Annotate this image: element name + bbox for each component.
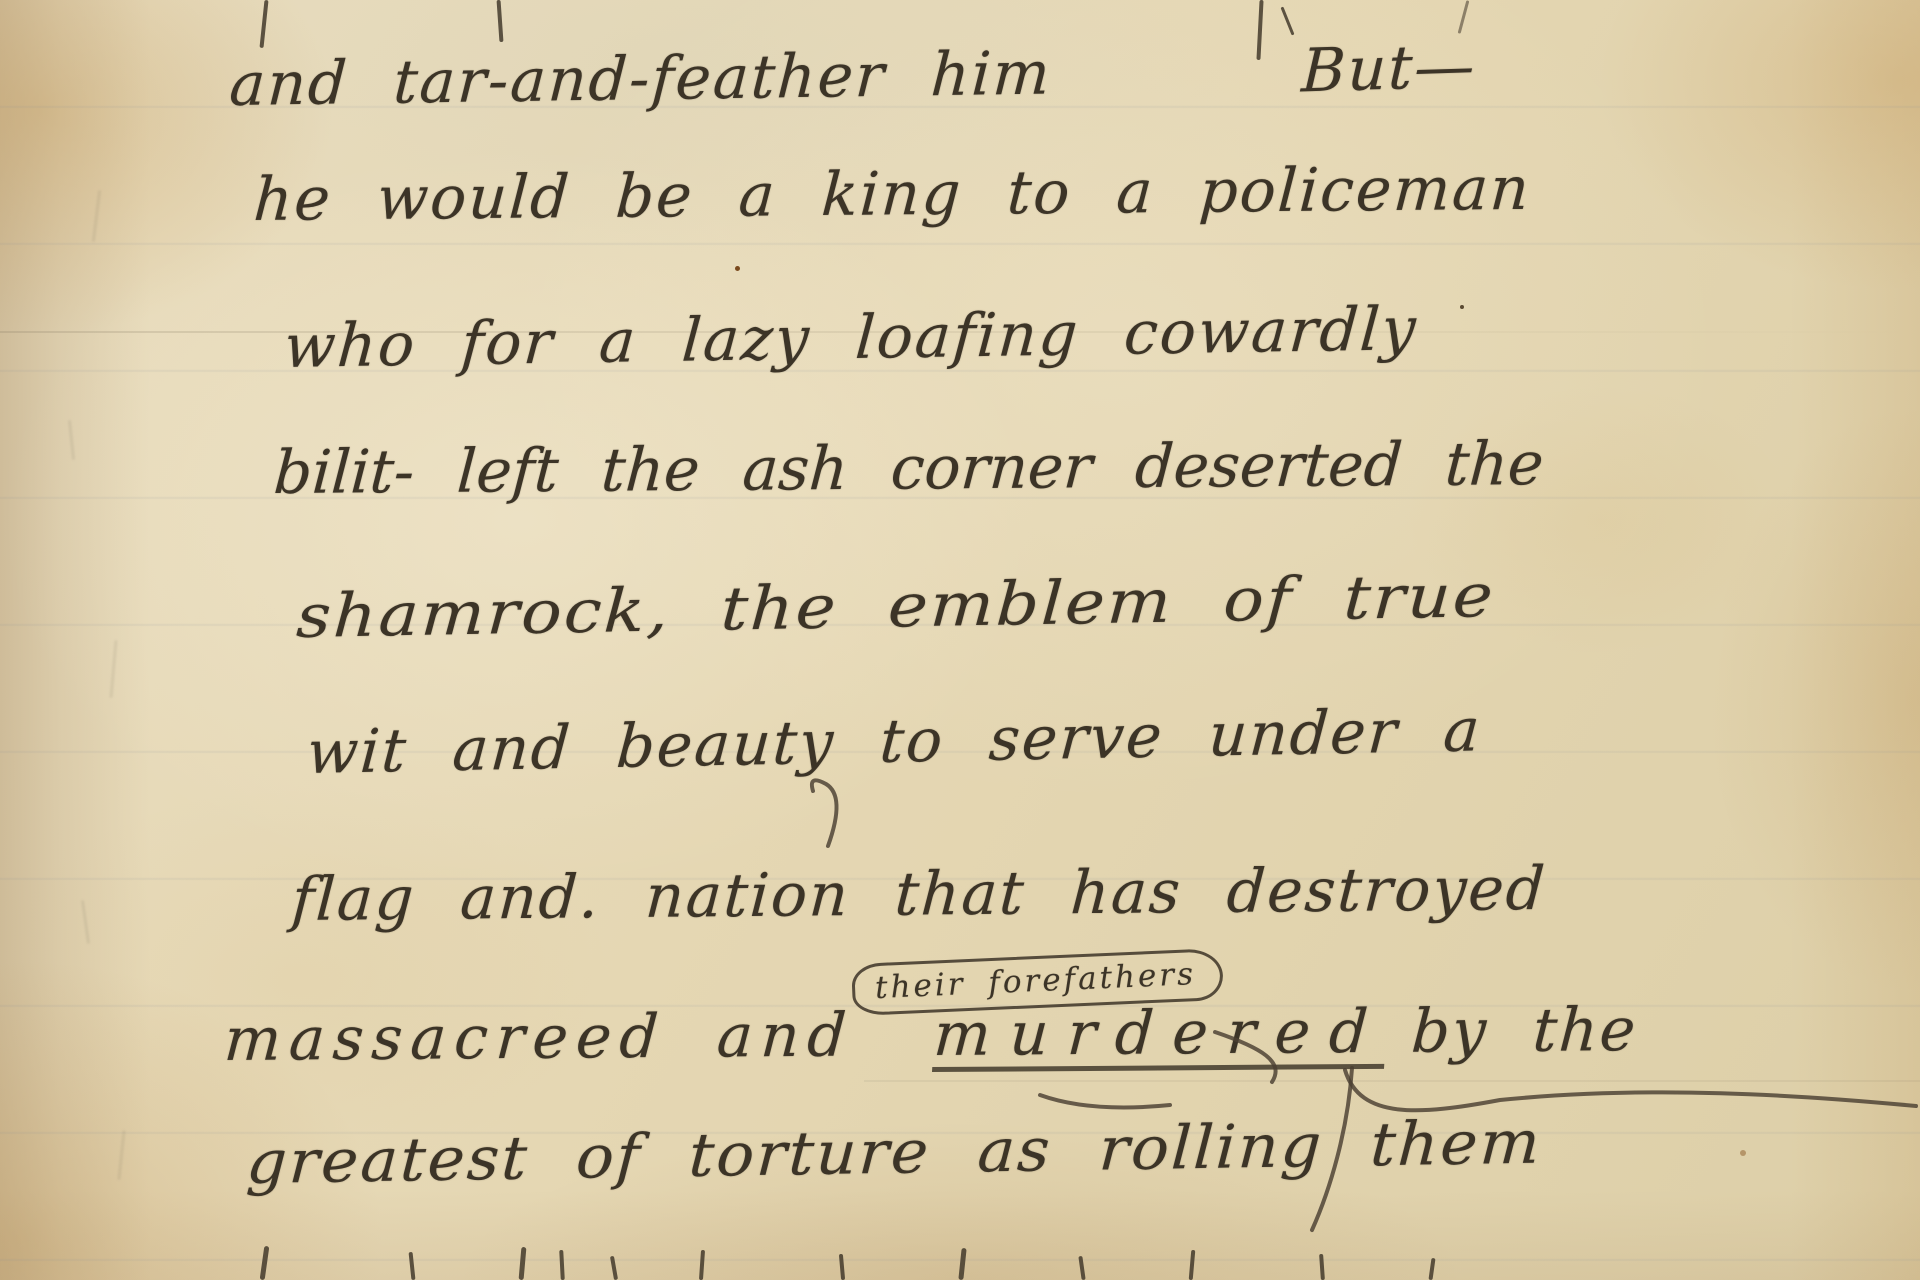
ink-stroke-fragment xyxy=(1078,1256,1085,1280)
ink-stroke-fragment xyxy=(559,1250,565,1280)
ink-speck xyxy=(735,266,740,271)
murdered-second-underline xyxy=(1040,1095,1170,1107)
long-flourish-to-page-edge xyxy=(1345,1070,1916,1110)
ink-stroke-fragment xyxy=(260,1246,270,1280)
ink-stroke-fragment xyxy=(839,1254,845,1280)
ink-stroke-fragment xyxy=(1319,1254,1325,1280)
paper-crease xyxy=(864,1080,1920,1082)
ink-stroke-fragment xyxy=(1428,1258,1435,1280)
show-through-mark xyxy=(81,900,90,944)
underlined-word-murdered: murdered xyxy=(932,1002,1389,1072)
ink-stroke-fragment xyxy=(699,1250,705,1280)
manuscript-line-2: he would be a king to a policeman xyxy=(252,159,1533,230)
ink-stroke-fragment xyxy=(519,1247,527,1280)
manuscript-line-5: shamrock, the emblem of true xyxy=(295,566,1497,647)
manuscript-page: and tar-and-feather himBut— he would be … xyxy=(0,0,1920,1280)
manuscript-line-3: who for a lazy loafing cowardly xyxy=(282,299,1419,377)
ink-stroke-fragment xyxy=(958,1248,966,1280)
line-1-end-word: But— xyxy=(1300,36,1477,102)
ink-stroke-fragment xyxy=(409,1252,416,1280)
manuscript-line-6: wit and beauty to serve under a xyxy=(305,700,1483,783)
line-8-text: massacreed and xyxy=(222,1001,856,1075)
manuscript-line-9: greatest of torture as rolling them xyxy=(245,1113,1543,1193)
ink-stroke-fragment xyxy=(497,0,504,42)
ink-stroke-fragment xyxy=(610,1256,618,1280)
ink-stroke-fragment xyxy=(1189,1250,1196,1280)
ink-speck xyxy=(1740,1150,1746,1156)
manuscript-line-7: flag and. nation that has destroyed xyxy=(290,859,1548,930)
ink-speck xyxy=(1460,305,1464,309)
manuscript-line-1: and tar-and-feather himBut— xyxy=(228,38,1478,115)
line-1-text: and tar-and-feather him xyxy=(228,38,1054,120)
insertion-curl-above-nation xyxy=(812,780,837,846)
show-through-mark xyxy=(117,1130,125,1180)
show-through-mark xyxy=(68,420,75,460)
show-through-mark xyxy=(109,640,117,698)
ink-stroke-fragment xyxy=(1280,7,1294,36)
show-through-mark xyxy=(92,190,101,242)
ink-stroke-fragment xyxy=(260,0,269,48)
line-8-end-text: by the xyxy=(1410,1000,1639,1062)
manuscript-line-4: bilit- left the ash corner deserted the xyxy=(272,434,1545,503)
ink-stroke-fragment xyxy=(1458,0,1470,34)
